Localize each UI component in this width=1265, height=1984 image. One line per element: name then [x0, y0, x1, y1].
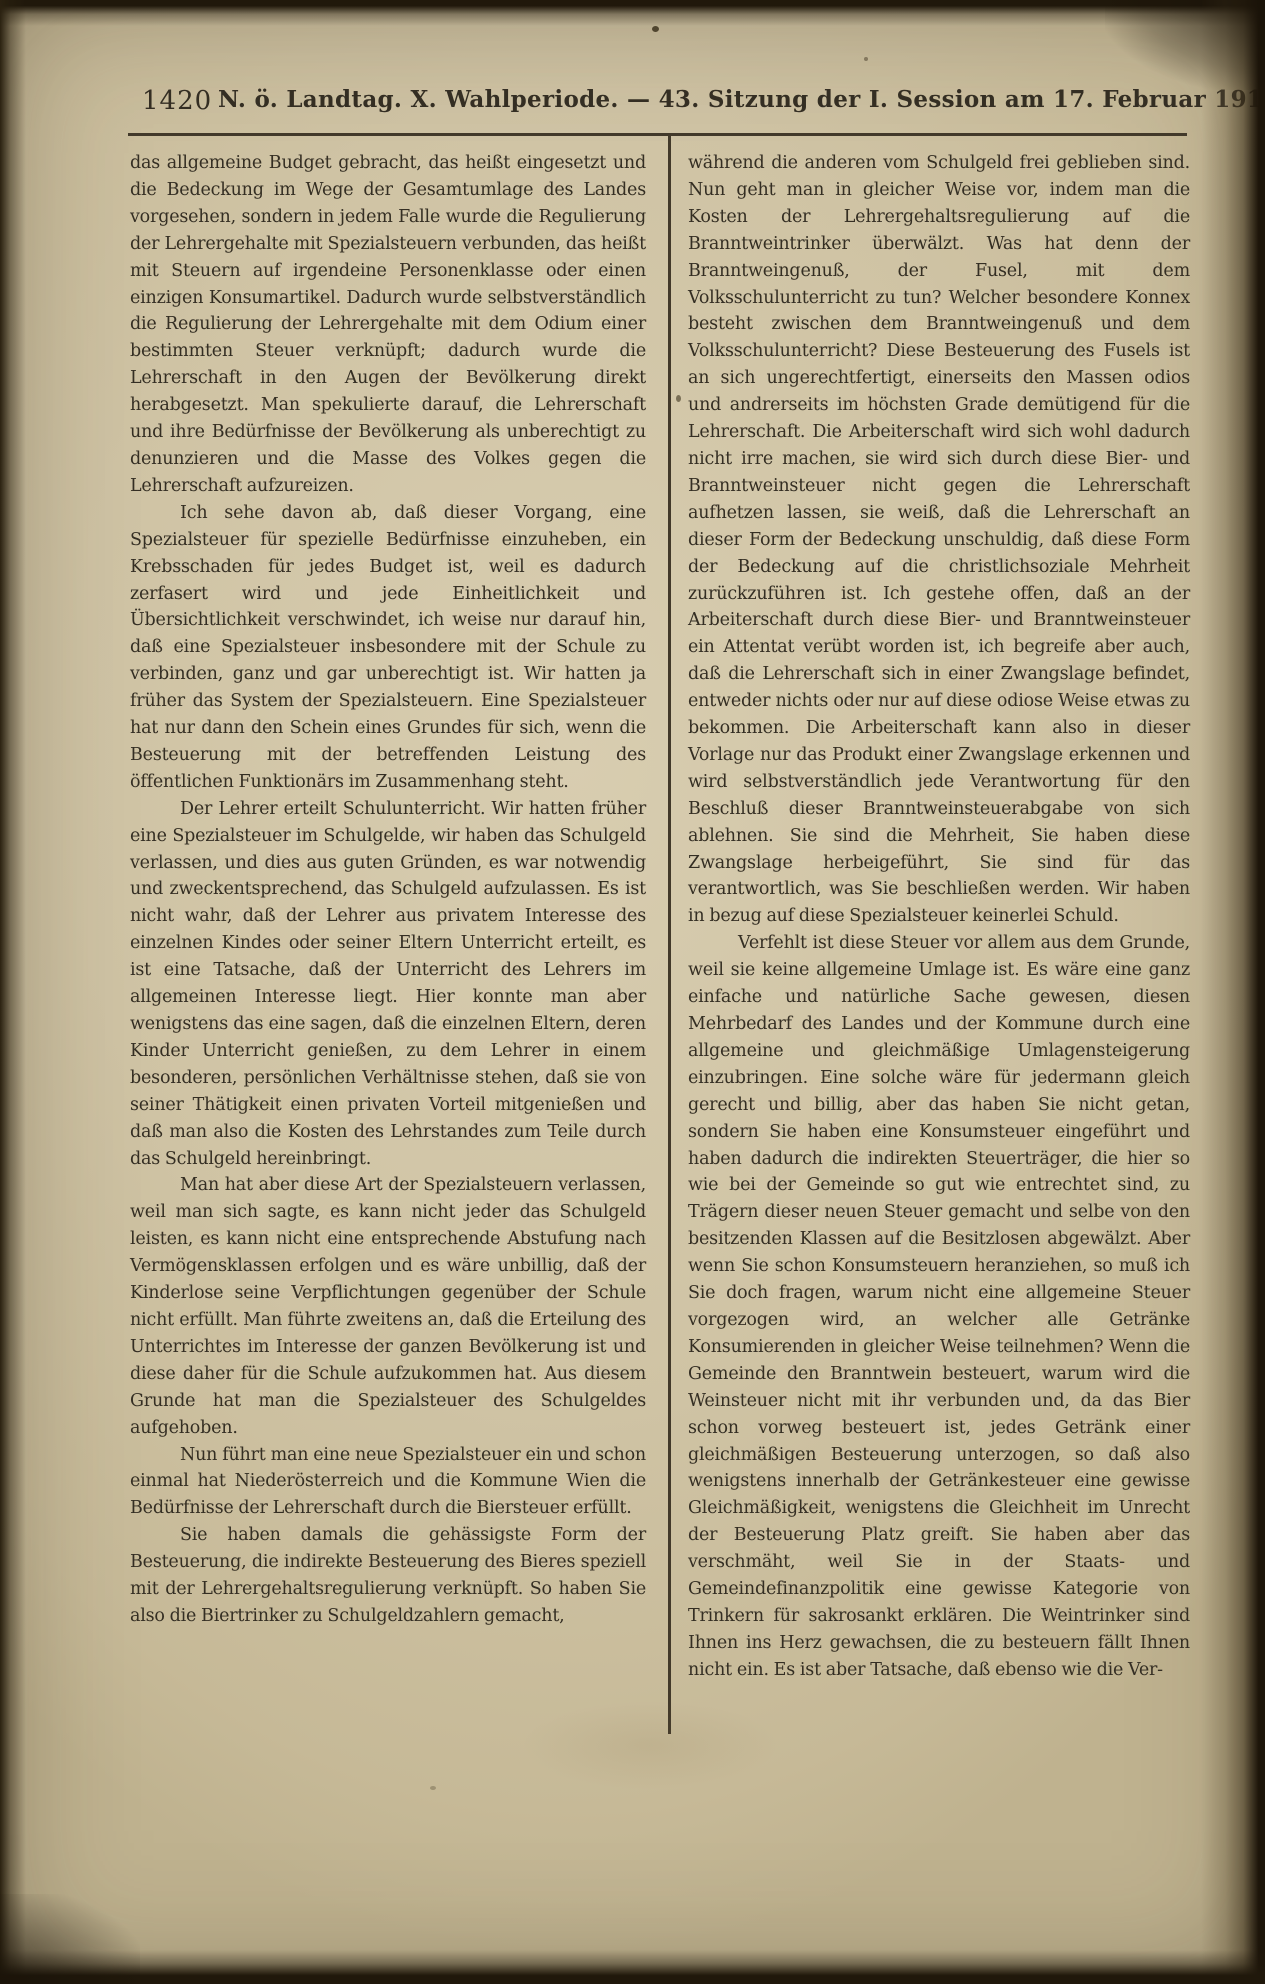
paragraph: Man hat aber diese Art der Spezialsteuer… [130, 1172, 646, 1441]
paragraph: Sie haben damals die gehässigste Form de… [130, 1522, 646, 1630]
paragraph: das allgemeine Budget gebracht, das heiß… [130, 150, 646, 500]
scan-edge-bottom [0, 1950, 1265, 1984]
scanned-page: 1420 N. ö. Landtag. X. Wahlperiode. — 43… [0, 0, 1265, 1984]
paragraph: Nun führt man eine neue Spezialsteuer ei… [130, 1442, 646, 1523]
paper-stain [520, 1700, 780, 1790]
paper-speck [676, 395, 681, 402]
paragraph: während die anderen vom Schulgeld frei g… [688, 150, 1190, 930]
paper-speck [652, 26, 659, 32]
paragraph: Der Lehrer erteilt Schulunterricht. Wir … [130, 796, 646, 1173]
scan-edge-top [0, 0, 1265, 26]
paper-speck [430, 1786, 436, 1790]
column-divider-rule [668, 133, 671, 1734]
paper-speck [864, 57, 868, 61]
header-rule [128, 133, 1187, 136]
paragraph: Ich sehe davon ab, daß dieser Vorgang, e… [130, 500, 646, 796]
left-text-column: das allgemeine Budget gebracht, das heiß… [130, 150, 646, 1630]
scan-corner-shadow-bottom-left [0, 1894, 140, 1984]
page-number: 1420 [142, 86, 212, 116]
paragraph: Verfehlt ist diese Steuer vor allem aus … [688, 930, 1190, 1683]
scan-edge-right [1201, 0, 1265, 1984]
scan-corner-shadow-top-right [1105, 0, 1265, 90]
right-text-column: während die anderen vom Schulgeld frei g… [688, 150, 1190, 1684]
running-head-title: N. ö. Landtag. X. Wahlperiode. — 43. Sit… [218, 86, 1177, 113]
page-header: 1420 N. ö. Landtag. X. Wahlperiode. — 43… [128, 82, 1187, 122]
scan-edge-left [0, 0, 26, 1984]
